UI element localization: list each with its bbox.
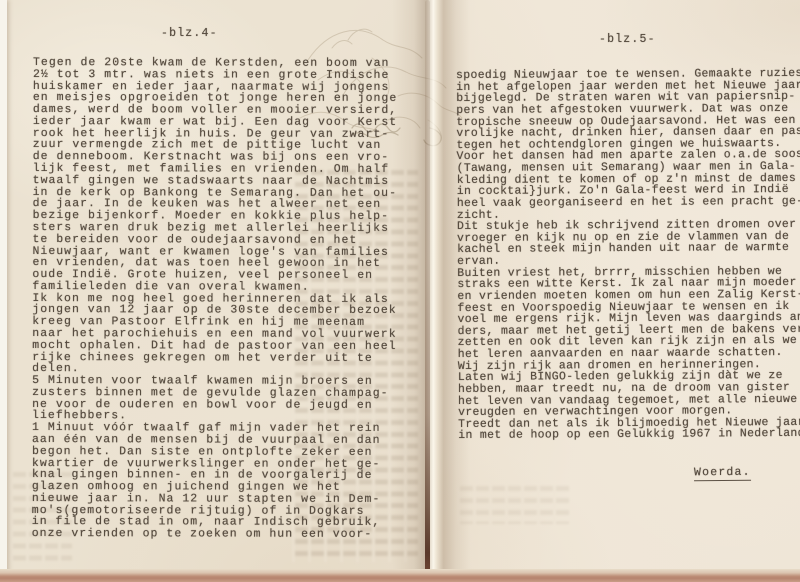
gutter-seam-shadow (425, 0, 430, 576)
page-number-left: -blz.4- (161, 27, 218, 40)
text-line: rijke chinees gekregen om het verder uit… (32, 352, 396, 365)
photo-border-left (0, 0, 7, 582)
text-line: onze vrienden op te zoeken om hun een vo… (32, 528, 396, 541)
body-text-left: Tegen de 20ste kwam de Kerstden, een boo… (32, 57, 398, 541)
page-number-right: -blz.5- (599, 33, 656, 46)
text-line: kachel en steek mijn handen uit naar de … (457, 242, 800, 256)
text-line: heel vaak georganiseerd en het is een pr… (457, 196, 800, 210)
text-line: in met de hoop op een Gelukkig 1967 in N… (458, 428, 800, 442)
signature: Woerda. (694, 466, 751, 481)
body-text-right: spoedig Nieuwjaar toe te wensen. Gemaakt… (456, 68, 800, 442)
table-edge-bottom (0, 569, 800, 582)
